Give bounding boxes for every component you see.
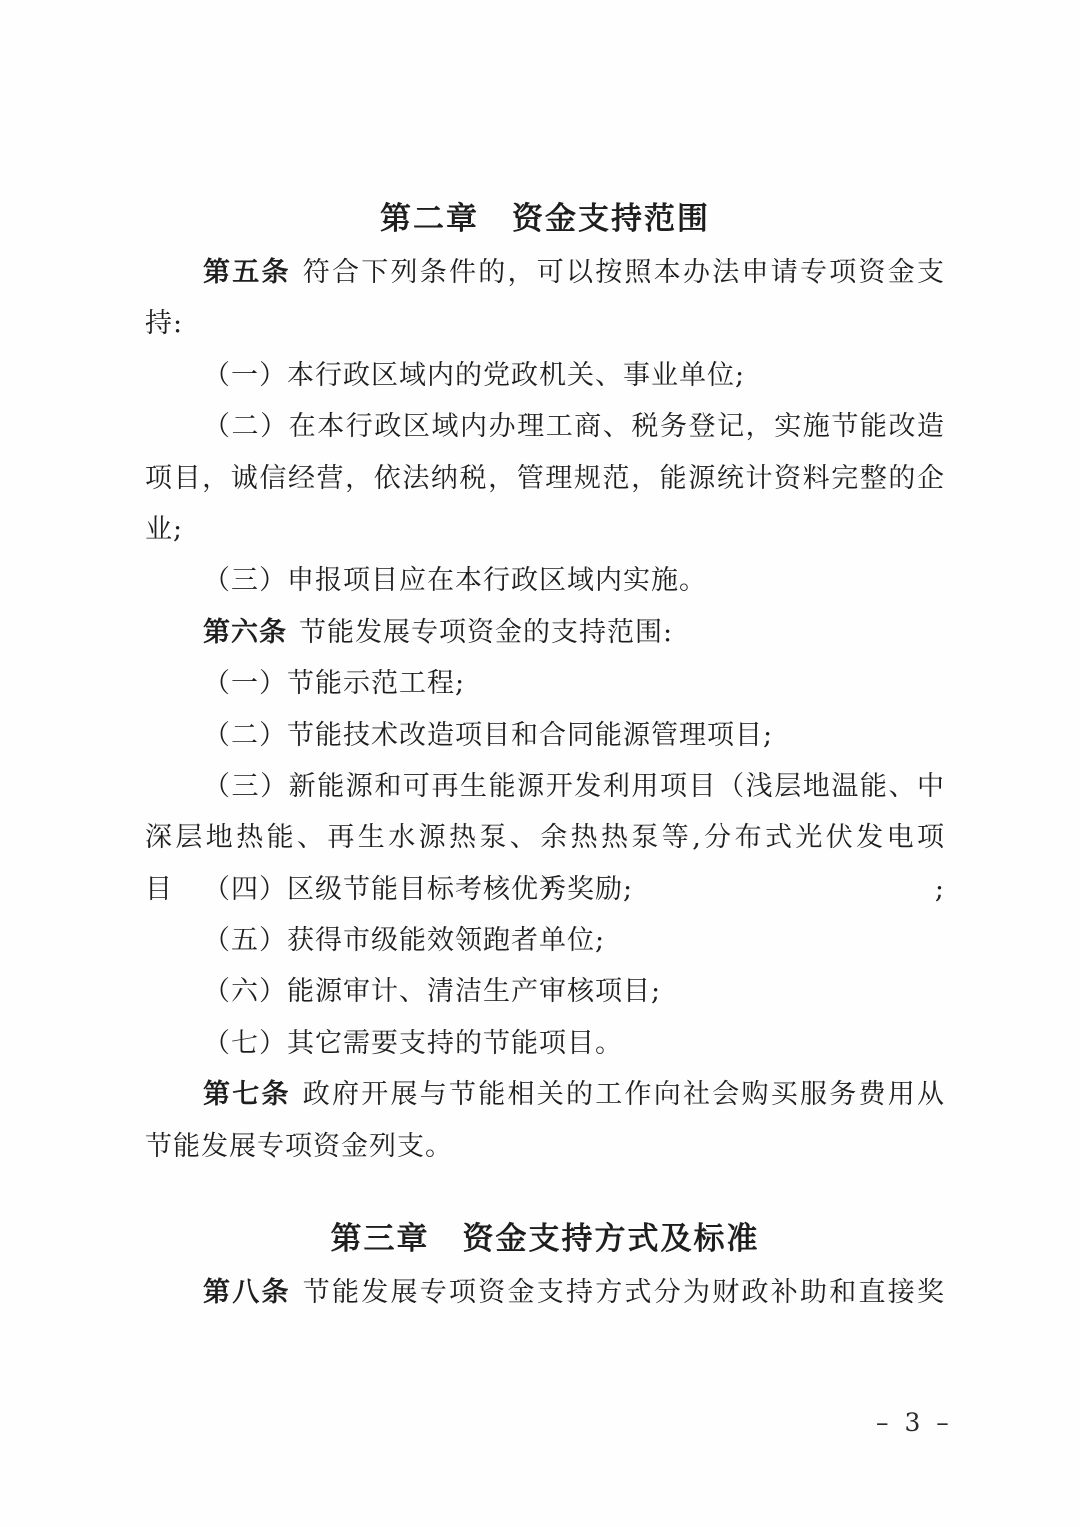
text-line: （二）节能技术改造项目和合同能源管理项目;: [145, 710, 945, 761]
text-line: （一）本行政区域内的党政机关、事业单位;: [145, 350, 945, 401]
text-line: （七）其它需要支持的节能项目。: [145, 1018, 945, 1069]
text-line: 项目，诚信经营，依法纳税，管理规范，能源统计资料完整的企: [145, 453, 945, 504]
text-line: 第七条政府开展与节能相关的工作向社会购买服务费用从: [145, 1069, 945, 1120]
text-line: （二）在本行政区域内办理工商、税务登记，实施节能改造: [145, 401, 945, 452]
text-line: 第五条符合下列条件的，可以按照本办法申请专项资金支: [145, 247, 945, 298]
text-line: 业;: [145, 504, 945, 555]
text-line: 深层地热能、再生水源热泵、余热热泵等,分布式光伏发电项目）;: [145, 812, 945, 863]
article-number: 第八条: [203, 1277, 291, 1308]
text-line: （三）申报项目应在本行政区域内实施。: [145, 555, 945, 606]
text-line: （六）能源审计、清洁生产审核项目;: [145, 966, 945, 1017]
article-number: 第五条: [203, 257, 291, 288]
text-line: （一）节能示范工程;: [145, 658, 945, 709]
document-body: 第二章 资金支持范围第五条符合下列条件的，可以按照本办法申请专项资金支持:（一）…: [145, 192, 945, 1318]
text-line: 第八条节能发展专项资金支持方式分为财政补助和直接奖: [145, 1267, 945, 1318]
article-number: 第七条: [203, 1079, 291, 1110]
text-line: （五）获得市级能效领跑者单位;: [145, 915, 945, 966]
text-line: （三）新能源和可再生能源开发利用项目（浅层地温能、中: [145, 761, 945, 812]
text-line: 第六条节能发展专项资金的支持范围:: [145, 607, 945, 658]
document-page: 第二章 资金支持范围第五条符合下列条件的，可以按照本办法申请专项资金支持:（一）…: [0, 0, 1080, 1527]
page-number: – 3 –: [876, 1408, 952, 1437]
chapter-3-heading: 第三章 资金支持方式及标准: [145, 1212, 945, 1267]
text-line: 持:: [145, 298, 945, 349]
text-line: 节能发展专项资金列支。: [145, 1121, 945, 1172]
chapter-2-heading: 第二章 资金支持范围: [145, 192, 945, 247]
article-number: 第六条: [203, 617, 287, 648]
